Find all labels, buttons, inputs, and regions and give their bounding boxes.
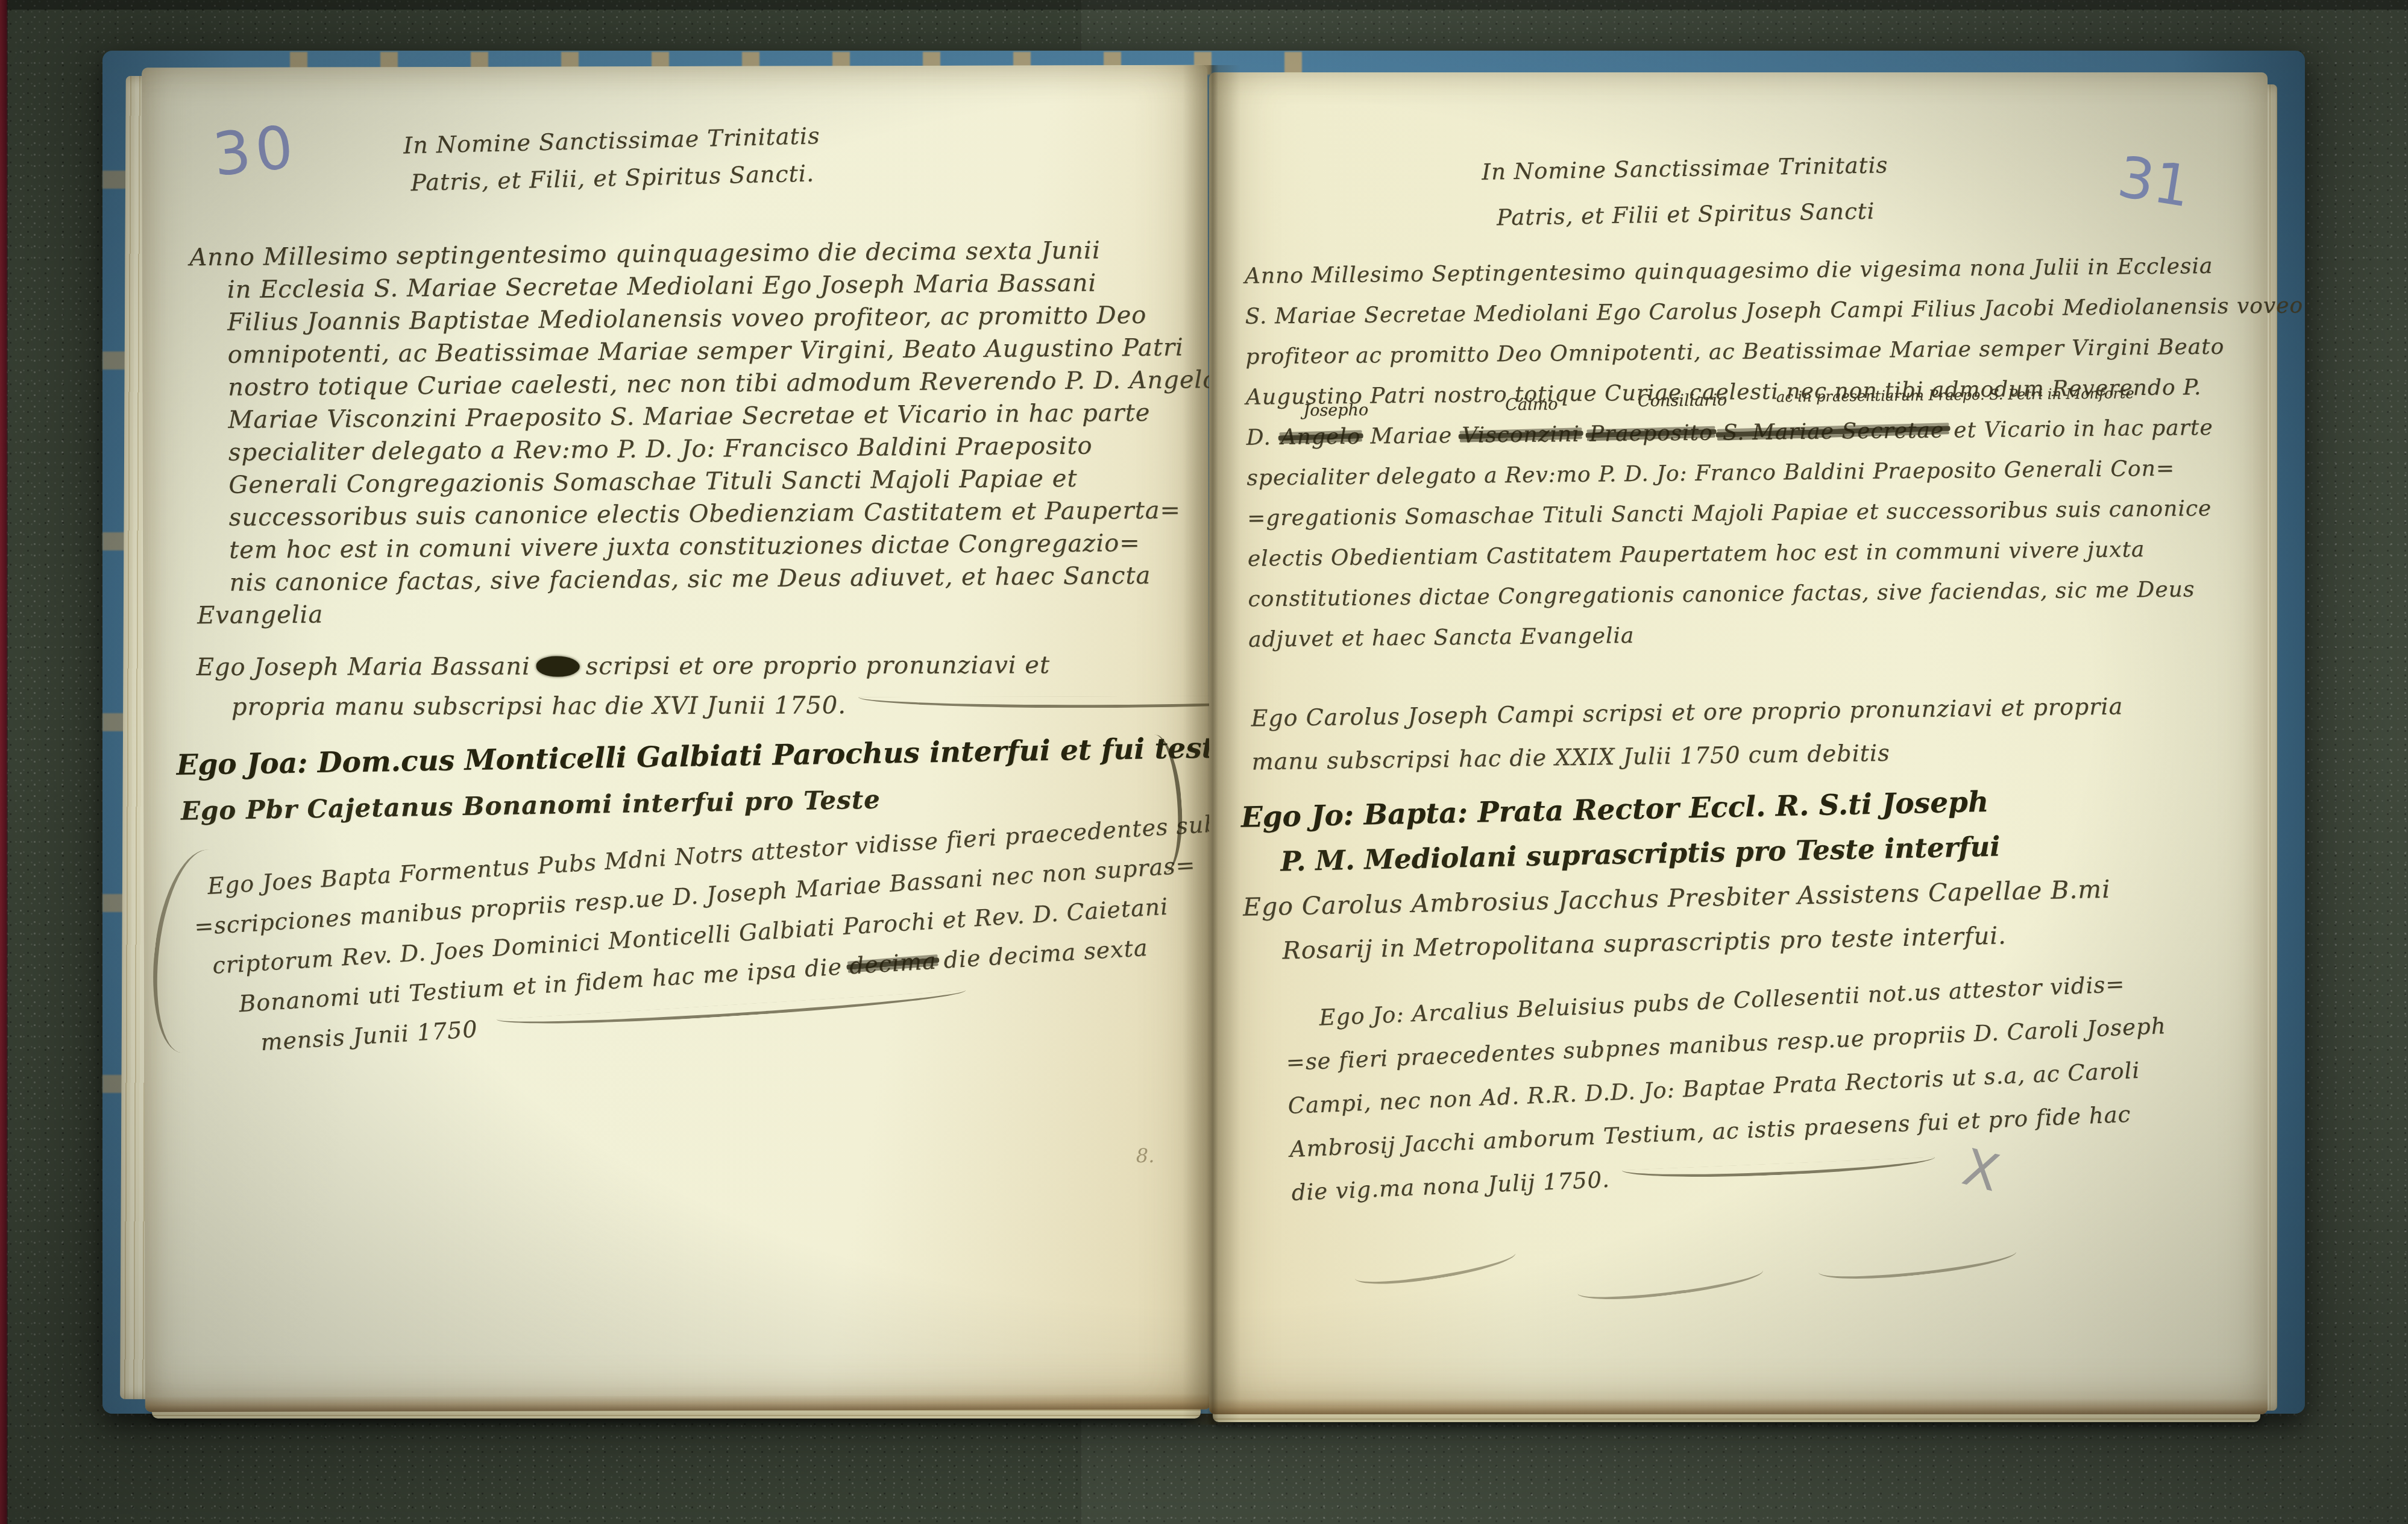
manuscript-text: D. <box>1246 425 1271 450</box>
interlinear-insertion: ac in praesentiarum Praepo. S. Petri in … <box>1776 373 2134 417</box>
interlinear-insertion: Consiliario <box>1638 380 1727 421</box>
left-page-subscription: Ego Joseph Maria Bassaniscripsi et ore p… <box>196 645 1185 727</box>
right-page: 31 In Nomine Sanctissimae Trinitatis Pat… <box>1209 72 2268 1414</box>
page-number-left: 30 <box>210 113 301 190</box>
page-number-right: 31 <box>2113 144 2195 220</box>
pen-swash <box>1817 1239 2018 1285</box>
manuscript-text: scripsi et ore proprio pronunziavi et <box>586 651 1050 680</box>
manuscript-book: 30 In Nomine Sanctissimae Trinitatis Pat… <box>96 41 2309 1425</box>
scan-left-edge-strip <box>0 0 8 1524</box>
interlinear-insertion: Josepho <box>1303 390 1369 431</box>
left-page-vow-text: Anno Millesimo septingentesimo quinquage… <box>189 234 1169 632</box>
left-page-invocation: In Nomine Sanctissimae Trinitatis Patris… <box>316 115 908 204</box>
right-page-witness-signatures: Ego Jo: Bapta: Prata Rector Eccl. R. S.t… <box>1240 774 2269 974</box>
right-page-vow-text: Anno Millesimo Septingentesimo quinquage… <box>1245 245 2249 660</box>
manuscript-text: die decima sexta <box>943 934 1148 974</box>
left-page: 30 In Nomine Sanctissimae Trinitatis Pat… <box>142 65 1211 1412</box>
manuscript-text: et Vicario in hac parte <box>1954 415 2213 443</box>
right-page-notary-attestation: Ego Jo: Arcalius Beluisius pubs de Colle… <box>1283 958 2244 1215</box>
manuscript-text: mensis Junii 1750 <box>260 1016 479 1056</box>
interlinear-insertion: Cäimo <box>1505 384 1558 425</box>
manuscript-text: die vig.ma nona Julij 1750. <box>1291 1167 1611 1206</box>
manuscript-text: propria manu subscripsi hac die XVI Juni… <box>231 691 846 721</box>
scan-background: 30 In Nomine Sanctissimae Trinitatis Pat… <box>0 0 2408 1524</box>
struck-word: decima <box>848 941 938 986</box>
scan-top-edge <box>0 0 2408 10</box>
stray-gutter-mark: 8. <box>1136 1144 1155 1167</box>
right-page-subscription: Ego Carolus Joseph Campi scripsi et ore … <box>1251 682 2252 783</box>
manuscript-text: Mariae <box>1370 423 1452 449</box>
ink-blot <box>536 656 580 676</box>
pen-flourish <box>1621 1157 1935 1182</box>
manuscript-line: propria manu subscripsi hac die XVI Juni… <box>231 685 1185 727</box>
right-page-invocation: In Nomine Sanctissimae Trinitatis Patris… <box>1365 140 2005 243</box>
manuscript-text: Ego Joseph Maria Bassani <box>196 653 530 681</box>
pen-swash <box>1353 1240 1517 1291</box>
pen-swash <box>1576 1258 1765 1306</box>
left-page-notary-attestation: Ego Joes Bapta Formentus Pubs Mdni Notrs… <box>206 807 1169 1065</box>
manuscript-line: Ego Joseph Maria Bassaniscripsi et ore p… <box>196 645 1185 687</box>
